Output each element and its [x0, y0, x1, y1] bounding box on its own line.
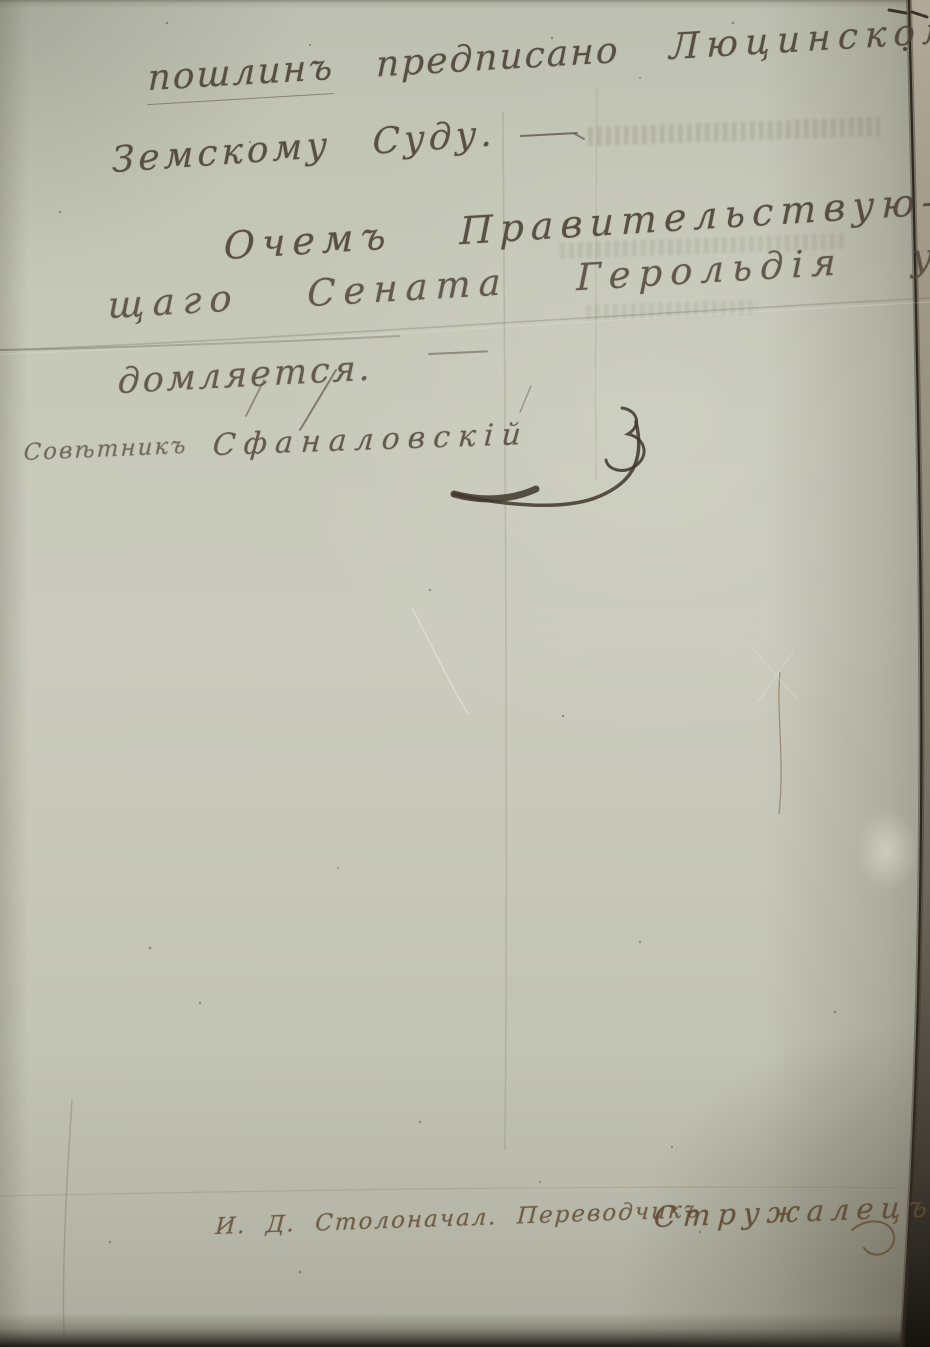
footer-signature-flourish [852, 1221, 894, 1254]
wrinkle-crease [752, 648, 798, 702]
manuscript-photo: пошлинъпредписаноЛюцинскому Земскому Суд… [0, 0, 930, 1347]
horizontal-fold-crease [0, 336, 400, 350]
dash-tick [575, 134, 584, 139]
horizontal-crease [0, 1187, 900, 1196]
white-scratch [412, 608, 468, 714]
vertical-crease [63, 1100, 72, 1340]
pen-stroke [520, 386, 531, 412]
brown-fiber [779, 672, 781, 814]
